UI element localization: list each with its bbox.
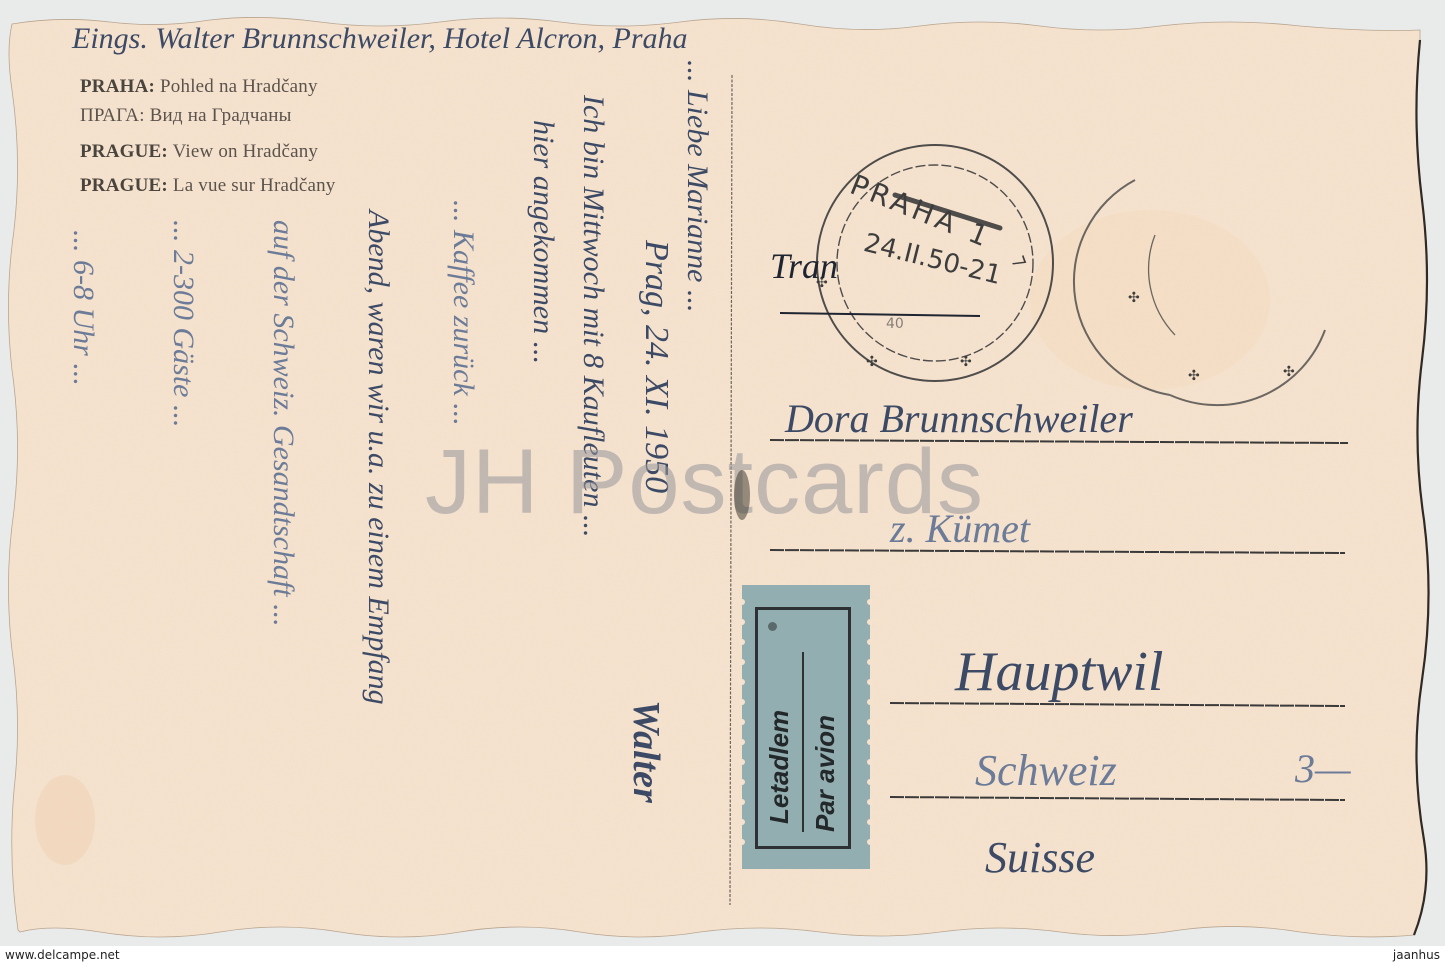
airmail-spot bbox=[768, 622, 777, 631]
address-annotation: 3— bbox=[1295, 745, 1351, 792]
caption-place: PRAGUE: bbox=[80, 175, 168, 196]
message-date-line: Prag, 24. XI. 1950 bbox=[637, 240, 675, 493]
address-line-country-fr: Suisse bbox=[985, 832, 1095, 883]
airmail-divider bbox=[802, 652, 804, 832]
message-column: ... Kaffee zurück ... bbox=[446, 200, 480, 426]
svg-text:✣: ✣ bbox=[866, 353, 878, 369]
postmark-code: 40 bbox=[886, 316, 904, 332]
address-line-town: Hauptwil bbox=[955, 640, 1163, 704]
caption-english: PRAGUE: View on Hradčany bbox=[80, 141, 318, 163]
message-column: ... 2-300 Gäste ... bbox=[166, 220, 200, 427]
message-column: Abend, waren wir u.a. zu einem Empfang bbox=[361, 210, 395, 705]
caption-place: ПРАГА: bbox=[80, 105, 145, 126]
svg-text:✣: ✣ bbox=[1128, 289, 1140, 305]
caption-place: PRAHA: bbox=[80, 76, 155, 97]
address-line-country: Schweiz bbox=[975, 745, 1117, 796]
svg-text:✣: ✣ bbox=[960, 353, 972, 369]
message-column: ... Liebe Marianne ... bbox=[680, 60, 714, 312]
message-column: ... 6-8 Uhr ... bbox=[66, 230, 100, 386]
caption-french: PRAGUE: La vue sur Hradčany bbox=[80, 175, 336, 197]
address-line-care-of: z. Kümet bbox=[890, 505, 1030, 552]
caption-czech: PRAHA: Pohled na Hradčany bbox=[80, 76, 318, 98]
caption-russian: ПРАГА: Вид на Градчаны bbox=[80, 105, 292, 127]
footer-seller: jaanhus bbox=[1393, 946, 1440, 965]
postcard: ⁊ ✣ ✣ ✣ ✣ ✣ ✣ PRAHA: Pohled na Hradčany … bbox=[0, 0, 1445, 946]
airmail-line-czech: Letadlem bbox=[764, 710, 795, 824]
caption-text: Вид на Градчаны bbox=[150, 105, 292, 126]
footer-site-link[interactable]: www.delcampe.net bbox=[5, 946, 120, 965]
caption-text: View on Hradčany bbox=[173, 141, 319, 162]
message-column: Ich bin Mittwoch mit 8 Kaufleuten ... bbox=[576, 95, 610, 537]
message-column: auf der Schweiz. Gesandtschaft ... bbox=[266, 220, 300, 627]
sender-line: Eings. Walter Brunnschweiler, Hotel Alcr… bbox=[72, 22, 688, 56]
footer-strip bbox=[0, 946, 1445, 965]
message-signature: Walter bbox=[624, 700, 668, 803]
svg-text:✣: ✣ bbox=[1188, 367, 1200, 383]
svg-text:✣: ✣ bbox=[1283, 363, 1295, 379]
routing-note: Tran bbox=[770, 245, 838, 287]
airmail-line-french: Par avion bbox=[810, 715, 841, 832]
airmail-label: Letadlem Par avion bbox=[738, 582, 874, 872]
address-line-name: Dora Brunnschweiler bbox=[785, 395, 1133, 442]
caption-text: La vue sur Hradčany bbox=[173, 175, 336, 196]
caption-place: PRAGUE: bbox=[80, 141, 168, 162]
caption-text: Pohled na Hradčany bbox=[160, 76, 318, 97]
ink-blot bbox=[734, 470, 750, 520]
message-column: hier angekommen ... bbox=[526, 120, 560, 364]
